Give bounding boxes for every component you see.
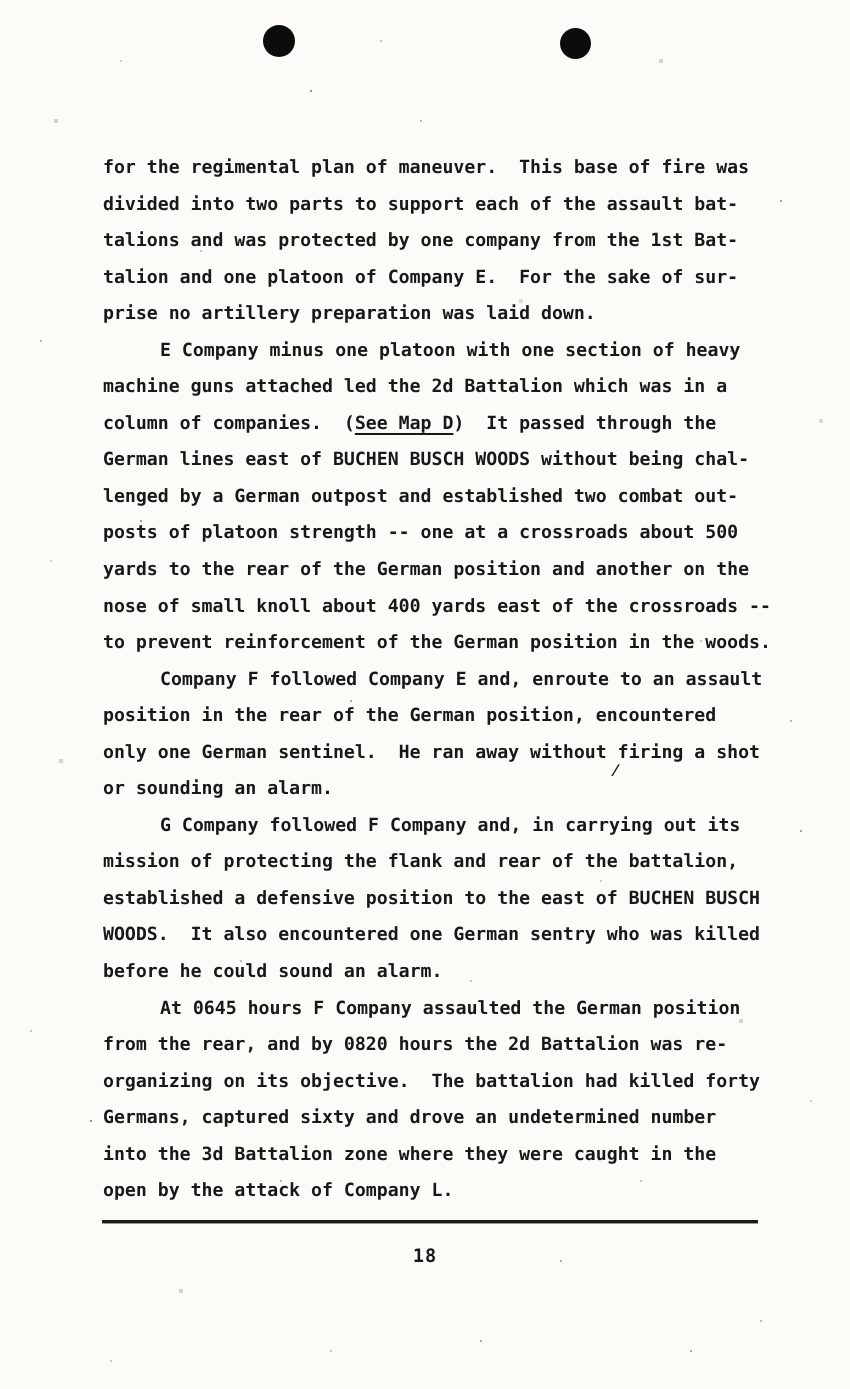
footer-rule [102, 1220, 758, 1223]
paragraph-1: for the regimental plan of maneuver. Thi… [103, 150, 803, 333]
text-line: At 0645 hours F Company assaulted the Ge… [103, 991, 803, 1028]
text-line: to prevent reinforcement of the German p… [103, 625, 803, 662]
text-line: position in the rear of the German posit… [103, 698, 803, 735]
text-line: into the 3d Battalion zone where they we… [103, 1137, 803, 1174]
text-line: only one German sentinel. He ran away wi… [103, 735, 803, 772]
page-number: 18 [0, 1246, 850, 1267]
scan-noise [0, 0, 2, 2]
map-ref-after: ) It passed through the [453, 413, 716, 434]
text-line: machine guns attached led the 2d Battali… [103, 369, 803, 406]
punch-hole-right [560, 28, 591, 59]
text-line: nose of small knoll about 400 yards east… [103, 589, 803, 626]
text-line: or sounding an alarm. [103, 771, 803, 808]
text-line: from the rear, and by 0820 hours the 2d … [103, 1027, 803, 1064]
paragraph-5: At 0645 hours F Company assaulted the Ge… [103, 991, 803, 1210]
text-line: organizing on its objective. The battali… [103, 1064, 803, 1101]
paragraph-3: Company F followed Company E and, enrout… [103, 662, 803, 808]
text-line: E Company minus one platoon with one sec… [103, 333, 803, 370]
document-page: for the regimental plan of maneuver. Thi… [0, 0, 850, 1389]
text-line: talion and one platoon of Company E. For… [103, 260, 803, 297]
stray-mark: / [610, 761, 621, 780]
text-line: prise no artillery preparation was laid … [103, 296, 803, 333]
page-body: for the regimental plan of maneuver. Thi… [103, 150, 803, 1210]
text-line: Company F followed Company E and, enrout… [103, 662, 803, 699]
map-ref-before: column of companies. ( [103, 413, 355, 434]
text-line: Germans, captured sixty and drove an und… [103, 1100, 803, 1137]
text-line-map-reference: column of companies. (See Map D) It pass… [103, 406, 803, 443]
text-line: divided into two parts to support each o… [103, 187, 803, 224]
text-line: talions and was protected by one company… [103, 223, 803, 260]
map-reference-link: See Map D [355, 413, 454, 434]
text-line: yards to the rear of the German position… [103, 552, 803, 589]
paragraph-2: E Company minus one platoon with one sec… [103, 333, 803, 662]
text-line: for the regimental plan of maneuver. Thi… [103, 150, 803, 187]
text-line: WOODS. It also encountered one German se… [103, 917, 803, 954]
text-line: before he could sound an alarm. [103, 954, 803, 991]
text-line: established a defensive position to the … [103, 881, 803, 918]
text-line: German lines east of BUCHEN BUSCH WOODS … [103, 442, 803, 479]
text-line: G Company followed F Company and, in car… [103, 808, 803, 845]
text-line: posts of platoon strength -- one at a cr… [103, 515, 803, 552]
paragraph-4: G Company followed F Company and, in car… [103, 808, 803, 991]
punch-hole-left [263, 25, 295, 57]
text-line: lenged by a German outpost and establish… [103, 479, 803, 516]
text-line: mission of protecting the flank and rear… [103, 844, 803, 881]
text-line: open by the attack of Company L. [103, 1173, 803, 1210]
